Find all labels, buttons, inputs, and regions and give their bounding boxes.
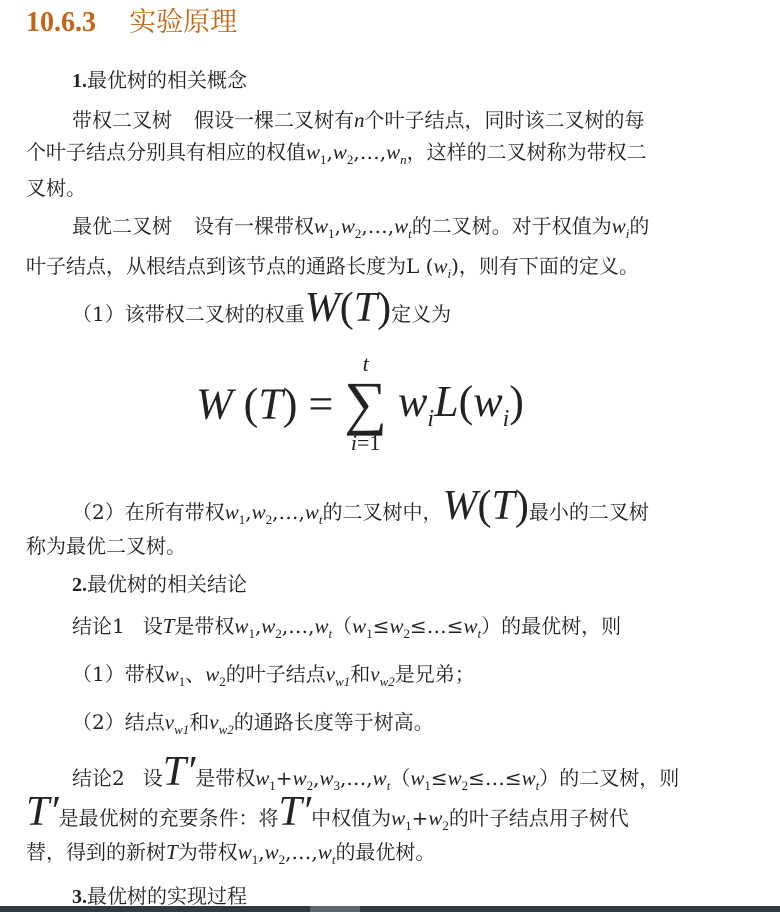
- math-W: W: [442, 483, 477, 529]
- text: 称为最优二叉树。: [26, 534, 186, 558]
- text: （1）带权: [72, 662, 165, 686]
- math-ellipsis: ,…,: [282, 614, 315, 638]
- text: 定义为: [391, 302, 451, 326]
- math-plus: +: [412, 806, 429, 830]
- math-leq: ≤: [505, 766, 522, 790]
- text: （2）结点: [72, 710, 165, 734]
- math-v: v: [326, 662, 335, 686]
- text: 的: [629, 214, 649, 238]
- definition-2-line1: （2）在所有带权w1,w2,…,wt的二叉树中，W(T)最小的二叉树: [72, 486, 649, 532]
- math-ellipsis: ,…,: [353, 140, 386, 164]
- math-W-T: W(T): [305, 285, 391, 331]
- formula-rhs: wiL(wi): [398, 377, 524, 426]
- text: 的叶子结点用子树代: [449, 806, 629, 830]
- conclusion-2-line2: T′是最优树的充要条件：将T′中权值为w1+w2的叶子结点用子树代: [26, 792, 629, 838]
- math-w: w: [410, 766, 424, 790]
- paren: （: [332, 614, 352, 638]
- sub-w1: w1: [335, 674, 350, 689]
- math-w: w: [373, 766, 387, 790]
- text: 的二叉树中，: [322, 500, 442, 524]
- math-i: i: [351, 430, 357, 455]
- heading-concepts: 1.最优树的相关概念: [72, 68, 247, 93]
- math-T: T: [491, 483, 514, 529]
- conclusion-label: 结论2: [72, 766, 125, 790]
- math-w: w: [265, 840, 279, 864]
- math-w: w: [205, 662, 219, 686]
- math-leq: ≤: [468, 766, 485, 790]
- text: （1）该带权二叉树的权重: [72, 302, 305, 326]
- math-v: v: [165, 710, 174, 734]
- math-w: w: [225, 500, 239, 524]
- math-leq: ≤: [373, 614, 390, 638]
- paren: ）: [481, 614, 501, 638]
- text: ，则有下面的定义。: [459, 254, 639, 278]
- term: 带权二叉树: [72, 108, 172, 132]
- math-v: v: [209, 710, 218, 734]
- math-n: n: [354, 108, 365, 132]
- math-w: w: [464, 614, 478, 638]
- text: 个叶子结点分别具有相应的权值: [26, 140, 306, 164]
- math-T-prime: T′: [163, 749, 196, 795]
- math-w: w: [352, 614, 366, 638]
- text: 和: [189, 710, 209, 734]
- math-w: w: [315, 614, 329, 638]
- text: 叶子结点，从根结点到该节点的通路长度为: [26, 254, 406, 278]
- heading-text: 最优树的相关结论: [87, 572, 247, 596]
- math-w: w: [341, 214, 355, 238]
- math-w: w: [165, 662, 179, 686]
- section-title: 实验原理: [129, 7, 237, 38]
- math-T-prime: T′: [26, 789, 59, 835]
- math-w: w: [314, 214, 328, 238]
- text: 最小的二叉树: [529, 500, 649, 524]
- text: 的叶子结点: [226, 662, 326, 686]
- term: 最优二叉树: [72, 214, 172, 238]
- text: 的通路长度等于树高。: [234, 710, 434, 734]
- heading-conclusions: 2.最优树的相关结论: [72, 572, 247, 597]
- text: ，这样的二叉树称为带权二: [407, 140, 647, 164]
- math-w: w: [389, 614, 403, 638]
- section-number: 10.6.3: [26, 7, 96, 38]
- math-W: W: [196, 380, 233, 429]
- summation: t ∑ i=1: [344, 352, 387, 456]
- math-T: T: [163, 614, 175, 638]
- math-w: w: [386, 140, 400, 164]
- conclusion-1: 结论1设T是带权w1,w2,…,wt（w1≤w2≤…≤wt）的最优树，则: [72, 614, 621, 646]
- text: 假设一棵二叉树有: [194, 108, 354, 132]
- paragraph-weighted-tree-line3: 叉树。: [26, 176, 86, 200]
- text: 是带权: [195, 766, 255, 790]
- text: 和: [350, 662, 370, 686]
- math-T: T: [258, 380, 282, 429]
- math-w: w: [473, 377, 502, 426]
- paragraph-optimal-tree-line2: 叶子结点，从根结点到该节点的通路长度为L (wi)，则有下面的定义。: [26, 254, 639, 286]
- heading-number: 3.: [72, 886, 87, 908]
- formula-lhs: W (T) =: [196, 380, 333, 429]
- paren: （: [390, 766, 410, 790]
- heading-number: 1.: [72, 70, 87, 92]
- scrollbar-thumb[interactable]: [310, 906, 360, 912]
- heading-number: 2.: [72, 574, 87, 596]
- text: 是兄弟；: [395, 662, 475, 686]
- math-w: w: [398, 377, 427, 426]
- conclusion-label: 结论1: [72, 614, 125, 638]
- sub-w2: w2: [380, 674, 395, 689]
- definition-2-line2: 称为最优二叉树。: [26, 534, 186, 558]
- conclusion-2-line3: 替，得到的新树T为带权w1,w2,…,wt的最优树。: [26, 840, 435, 872]
- math-ellipsis: ,…,: [285, 840, 318, 864]
- math-dots: …: [427, 614, 447, 638]
- text: 设: [143, 766, 163, 790]
- math-w: w: [238, 840, 252, 864]
- text: 、: [185, 662, 205, 686]
- math-w: w: [234, 614, 248, 638]
- math-w: w: [319, 766, 333, 790]
- math-w: w: [306, 140, 320, 164]
- math-w: w: [318, 840, 332, 864]
- math-plus: +: [276, 766, 293, 790]
- math-w: w: [305, 500, 319, 524]
- math-w: w: [448, 766, 462, 790]
- math-w: w: [252, 500, 266, 524]
- math-w: w: [293, 766, 307, 790]
- text: 为带权: [178, 840, 238, 864]
- text: （2）在所有带权: [72, 500, 225, 524]
- math-v: v: [370, 662, 379, 686]
- heading-text: 最优树的实现过程: [87, 884, 247, 908]
- math-T: T: [166, 840, 178, 864]
- math-w: w: [394, 214, 408, 238]
- paragraph-weighted-tree-line2: 个叶子结点分别具有相应的权值w1,w2,…,wn，这样的二叉树称为带权二: [26, 140, 647, 172]
- paragraph-optimal-tree-line1: 最优二叉树设有一棵带权w1,w2,…,wt的二叉树。对于权值为wi的: [72, 214, 649, 246]
- paragraph-weighted-tree-line1: 带权二叉树假设一棵二叉树有n个叶子结点，同时该二叉树的每: [72, 108, 645, 132]
- math-L: L (: [406, 254, 433, 278]
- math-w: w: [261, 614, 275, 638]
- sub-w1: w1: [174, 722, 189, 737]
- weight-formula: W (T) = t ∑ i=1 wiL(wi): [196, 352, 524, 456]
- math-ellipsis: ,…,: [272, 500, 305, 524]
- sub-w2: w2: [219, 722, 234, 737]
- text: 个叶子结点，同时该二叉树的每: [365, 108, 645, 132]
- math-ellipsis: ,…,: [361, 214, 394, 238]
- math-leq: ≤: [431, 766, 448, 790]
- text: 的最优树。: [335, 840, 435, 864]
- math-w: w: [255, 766, 269, 790]
- text: 中权值为: [311, 806, 391, 830]
- math-ellipsis: ,…,: [340, 766, 373, 790]
- math-T: T: [354, 285, 377, 331]
- sigma-symbol: ∑: [344, 376, 387, 430]
- text: 叉树。: [26, 176, 86, 200]
- conclusion-1-item-1: （1）带权w1、w2的叶子结点vw1和vw2是兄弟；: [72, 662, 475, 694]
- math-w: w: [612, 214, 626, 238]
- math-w: w: [428, 806, 442, 830]
- text: 设: [143, 614, 163, 638]
- text: 的二叉树，则: [559, 766, 679, 790]
- math-w: w: [391, 806, 405, 830]
- text: 的最优树，则: [501, 614, 621, 638]
- text: 是带权: [174, 614, 234, 638]
- math-T-prime: T′: [279, 789, 312, 835]
- sub-i: i: [503, 406, 510, 432]
- math-W-T: W(T): [442, 483, 528, 529]
- paren: ）: [539, 766, 559, 790]
- section-heading: 10.6.3 实验原理: [26, 0, 237, 39]
- math-w: w: [522, 766, 536, 790]
- horizontal-scrollbar[interactable]: [0, 906, 780, 912]
- math-dots: …: [485, 766, 505, 790]
- math-w: w: [333, 140, 347, 164]
- text: 的二叉树。对于权值为: [412, 214, 612, 238]
- math-w: w: [433, 254, 447, 278]
- math-W: W: [305, 285, 340, 331]
- text: 是最优树的充要条件：将: [59, 806, 279, 830]
- math-leq: ≤: [447, 614, 464, 638]
- text: 替，得到的新树: [26, 840, 166, 864]
- paren: ): [451, 254, 459, 278]
- math-leq: ≤: [410, 614, 427, 638]
- definition-1: （1）该带权二叉树的权重W(T)定义为: [72, 288, 451, 328]
- heading-text: 最优树的相关概念: [87, 68, 247, 92]
- conclusion-1-item-2: （2）结点vw1和vw2的通路长度等于树高。: [72, 710, 434, 742]
- text: 设有一棵带权: [194, 214, 314, 238]
